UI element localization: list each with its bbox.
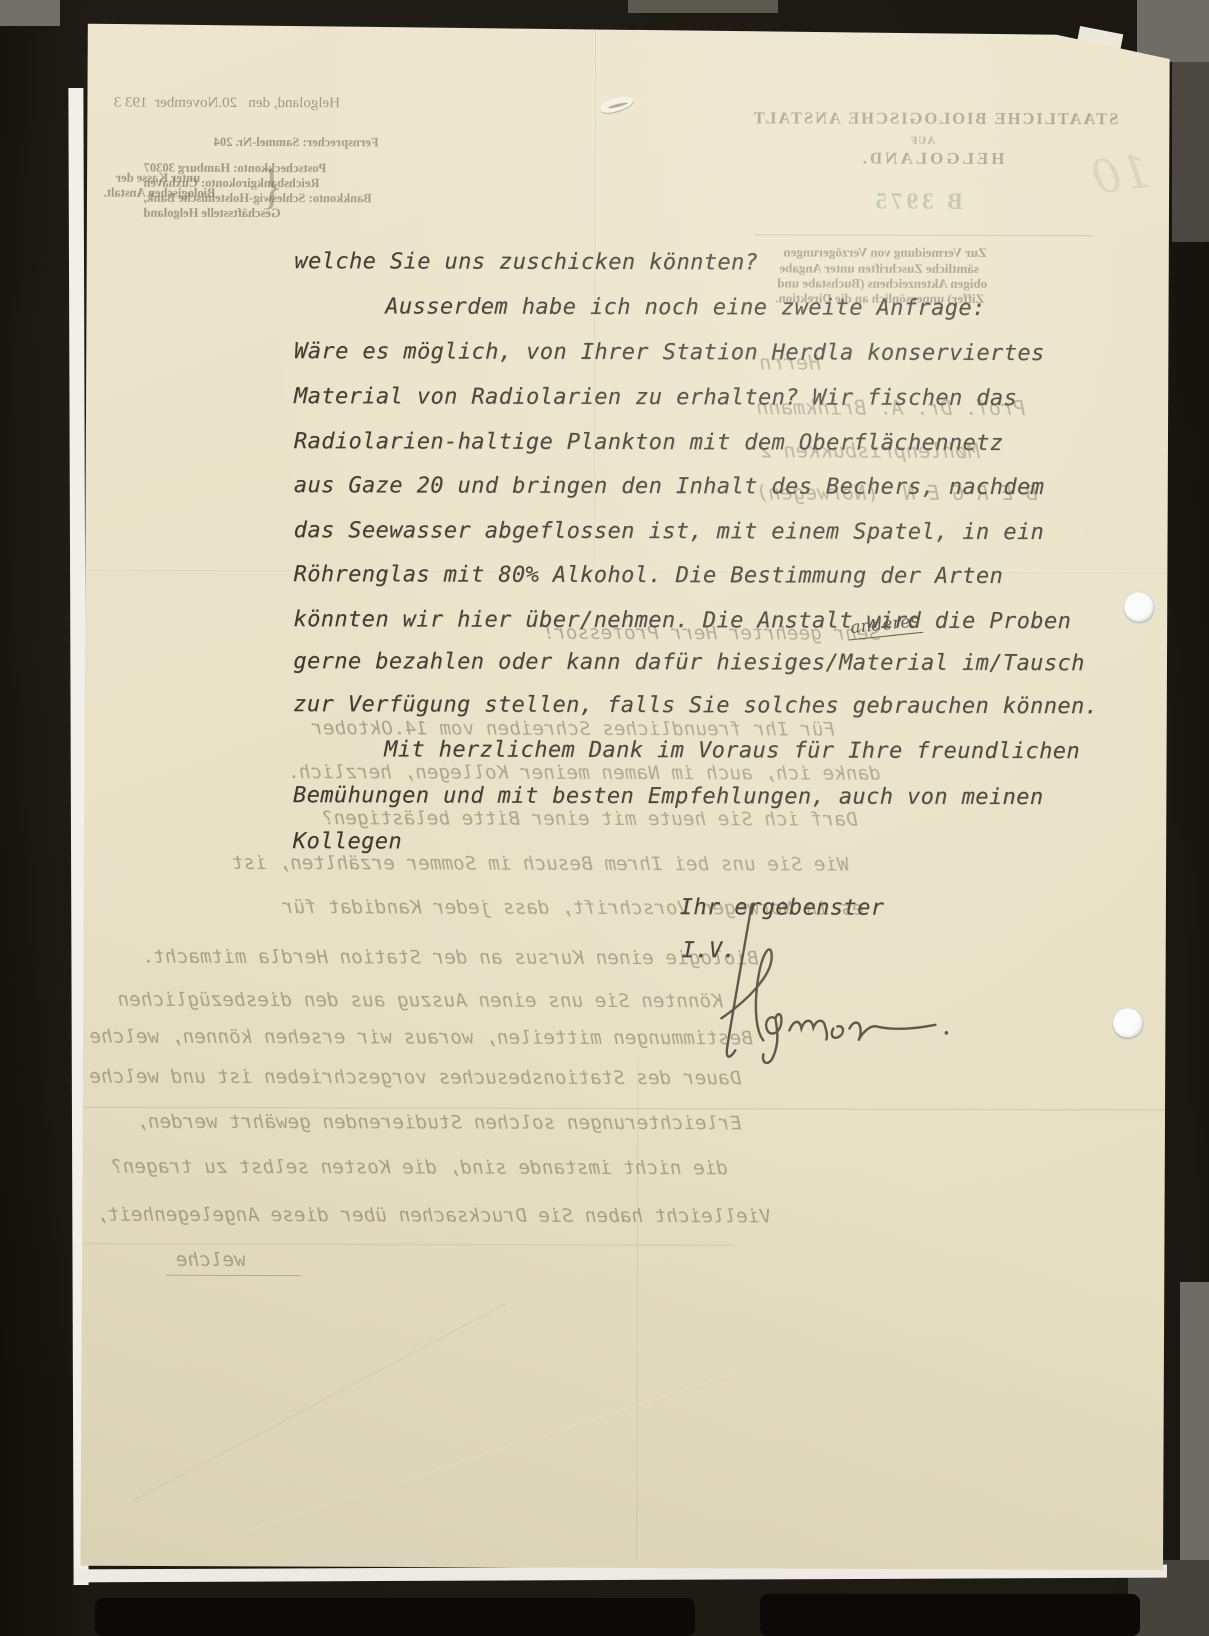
dotted-rule — [755, 234, 1093, 236]
body-line: aus Gaze 20 und bringen den Inhalt des B… — [294, 473, 1045, 501]
showthrough-body-line: Erleichterungen solchen Studierenden gew… — [136, 1111, 741, 1135]
body-line: Kollegen — [293, 829, 402, 856]
board-slit-shadow — [760, 1594, 1140, 1636]
horizontal-crease — [81, 1243, 734, 1247]
body-line: Material von Radiolarien zu erhalten? Wi… — [294, 384, 1017, 412]
body-line: Mit herzlichem Dank im Voraus für Ihre f… — [384, 737, 1080, 765]
body-line: Bemühungen und mit besten Empfehlungen, … — [293, 783, 1044, 811]
showthrough-body-line: Könnten Sie uns einen Auszug aus den die… — [117, 989, 722, 1013]
showthrough-notice-line: Zur Vermeidung von Verzögerungen — [783, 244, 986, 261]
diagonal-crease — [243, 1372, 738, 1532]
showthrough-catchword: welche — [176, 1249, 246, 1272]
showthrough-place-date: Helgoland, den 20.November 193 3 — [114, 95, 340, 113]
showthrough-body-line: Vielleicht haben Sie Drucksachen über di… — [96, 1204, 771, 1229]
body-line: könnten wir hier über/nehmen. Die Anstal… — [293, 607, 1071, 635]
board-patch — [628, 0, 778, 13]
letter-page: Helgoland, den 20.November 193 3 Fernspr… — [80, 21, 1173, 1573]
board-patch — [1180, 1282, 1209, 1567]
showthrough-institution-line: AUF — [910, 135, 936, 147]
punch-hole-top — [1123, 591, 1154, 622]
showthrough-body-line: Wie Sie uns bei Ihrem Besuch im Sommer e… — [232, 852, 849, 876]
showthrough-body-line: die nicht imstande sind, die Kosten selb… — [111, 1156, 728, 1180]
showthrough-phone: Fernsprecher: Sammel-Nr. 204 — [214, 135, 379, 150]
body-line: Ausserdem habe ich noch eine zweite Anfr… — [385, 294, 985, 322]
board-patch — [0, 0, 60, 26]
board-patch — [1137, 0, 1209, 62]
punch-hole-bottom — [1112, 1007, 1143, 1038]
showthrough-body-line: Bestimmungen mitteilen, woraus wir erseh… — [89, 1026, 752, 1051]
body-line: das Seewasser abgeflossen ist, mit einem… — [294, 518, 1045, 546]
showthrough-pencil-page-number: 10 — [1088, 144, 1153, 205]
archive-photo-background: Helgoland, den 20.November 193 3 Fernspr… — [0, 0, 1209, 1636]
vertical-crease — [636, 1062, 638, 1562]
showthrough-accounts-note: unter Kasse der — [116, 171, 201, 186]
board-patch — [1172, 62, 1209, 242]
showthrough-brace: { — [260, 157, 284, 215]
showthrough-body-line: Dauer des Stationsbesuches vorgeschriebe… — [89, 1066, 741, 1091]
showthrough-file-stamp: B 3975 — [872, 189, 963, 215]
showthrough-institution-line: HELGOLAND. — [860, 149, 1005, 169]
showthrough-body-line: Biologie einen Kursus an der Station Her… — [142, 946, 759, 970]
body-line: welche Sie uns zuschicken könnten? — [294, 249, 758, 277]
diagonal-crease — [135, 1303, 507, 1500]
body-line: Radiolarien-haltige Plankton mit dem Obe… — [294, 429, 1004, 457]
signature-hagmeier — [699, 900, 959, 1091]
board-slit-shadow — [95, 1598, 695, 1636]
showthrough-notice-line: sämtliche Zuschriften unter Angabe — [779, 260, 979, 277]
showthrough-notice-line: obigen Aktenzeichens (Buchstabe und — [777, 275, 987, 292]
body-line: Wäre es möglich, von Ihrer Station Herdl… — [294, 339, 1045, 367]
showthrough-accounts-note: Biologischen Anstalt. — [104, 186, 216, 201]
catchword-underline — [166, 1275, 301, 1276]
showthrough-institution-line: STAATLICHE BIOLOGISCHE ANSTALT — [752, 108, 1119, 129]
showthrough-body-line: Darf ich Sie heute mit einer Bitte beläs… — [322, 807, 857, 831]
body-line: gerne bezahlen oder kann dafür hiesiges/… — [293, 649, 1084, 677]
body-line: zur Verfügung stellen, falls Sie solches… — [293, 692, 1098, 720]
body-line: Röhrenglas mit 80% Alkohol. Die Bestimmu… — [294, 562, 1004, 590]
